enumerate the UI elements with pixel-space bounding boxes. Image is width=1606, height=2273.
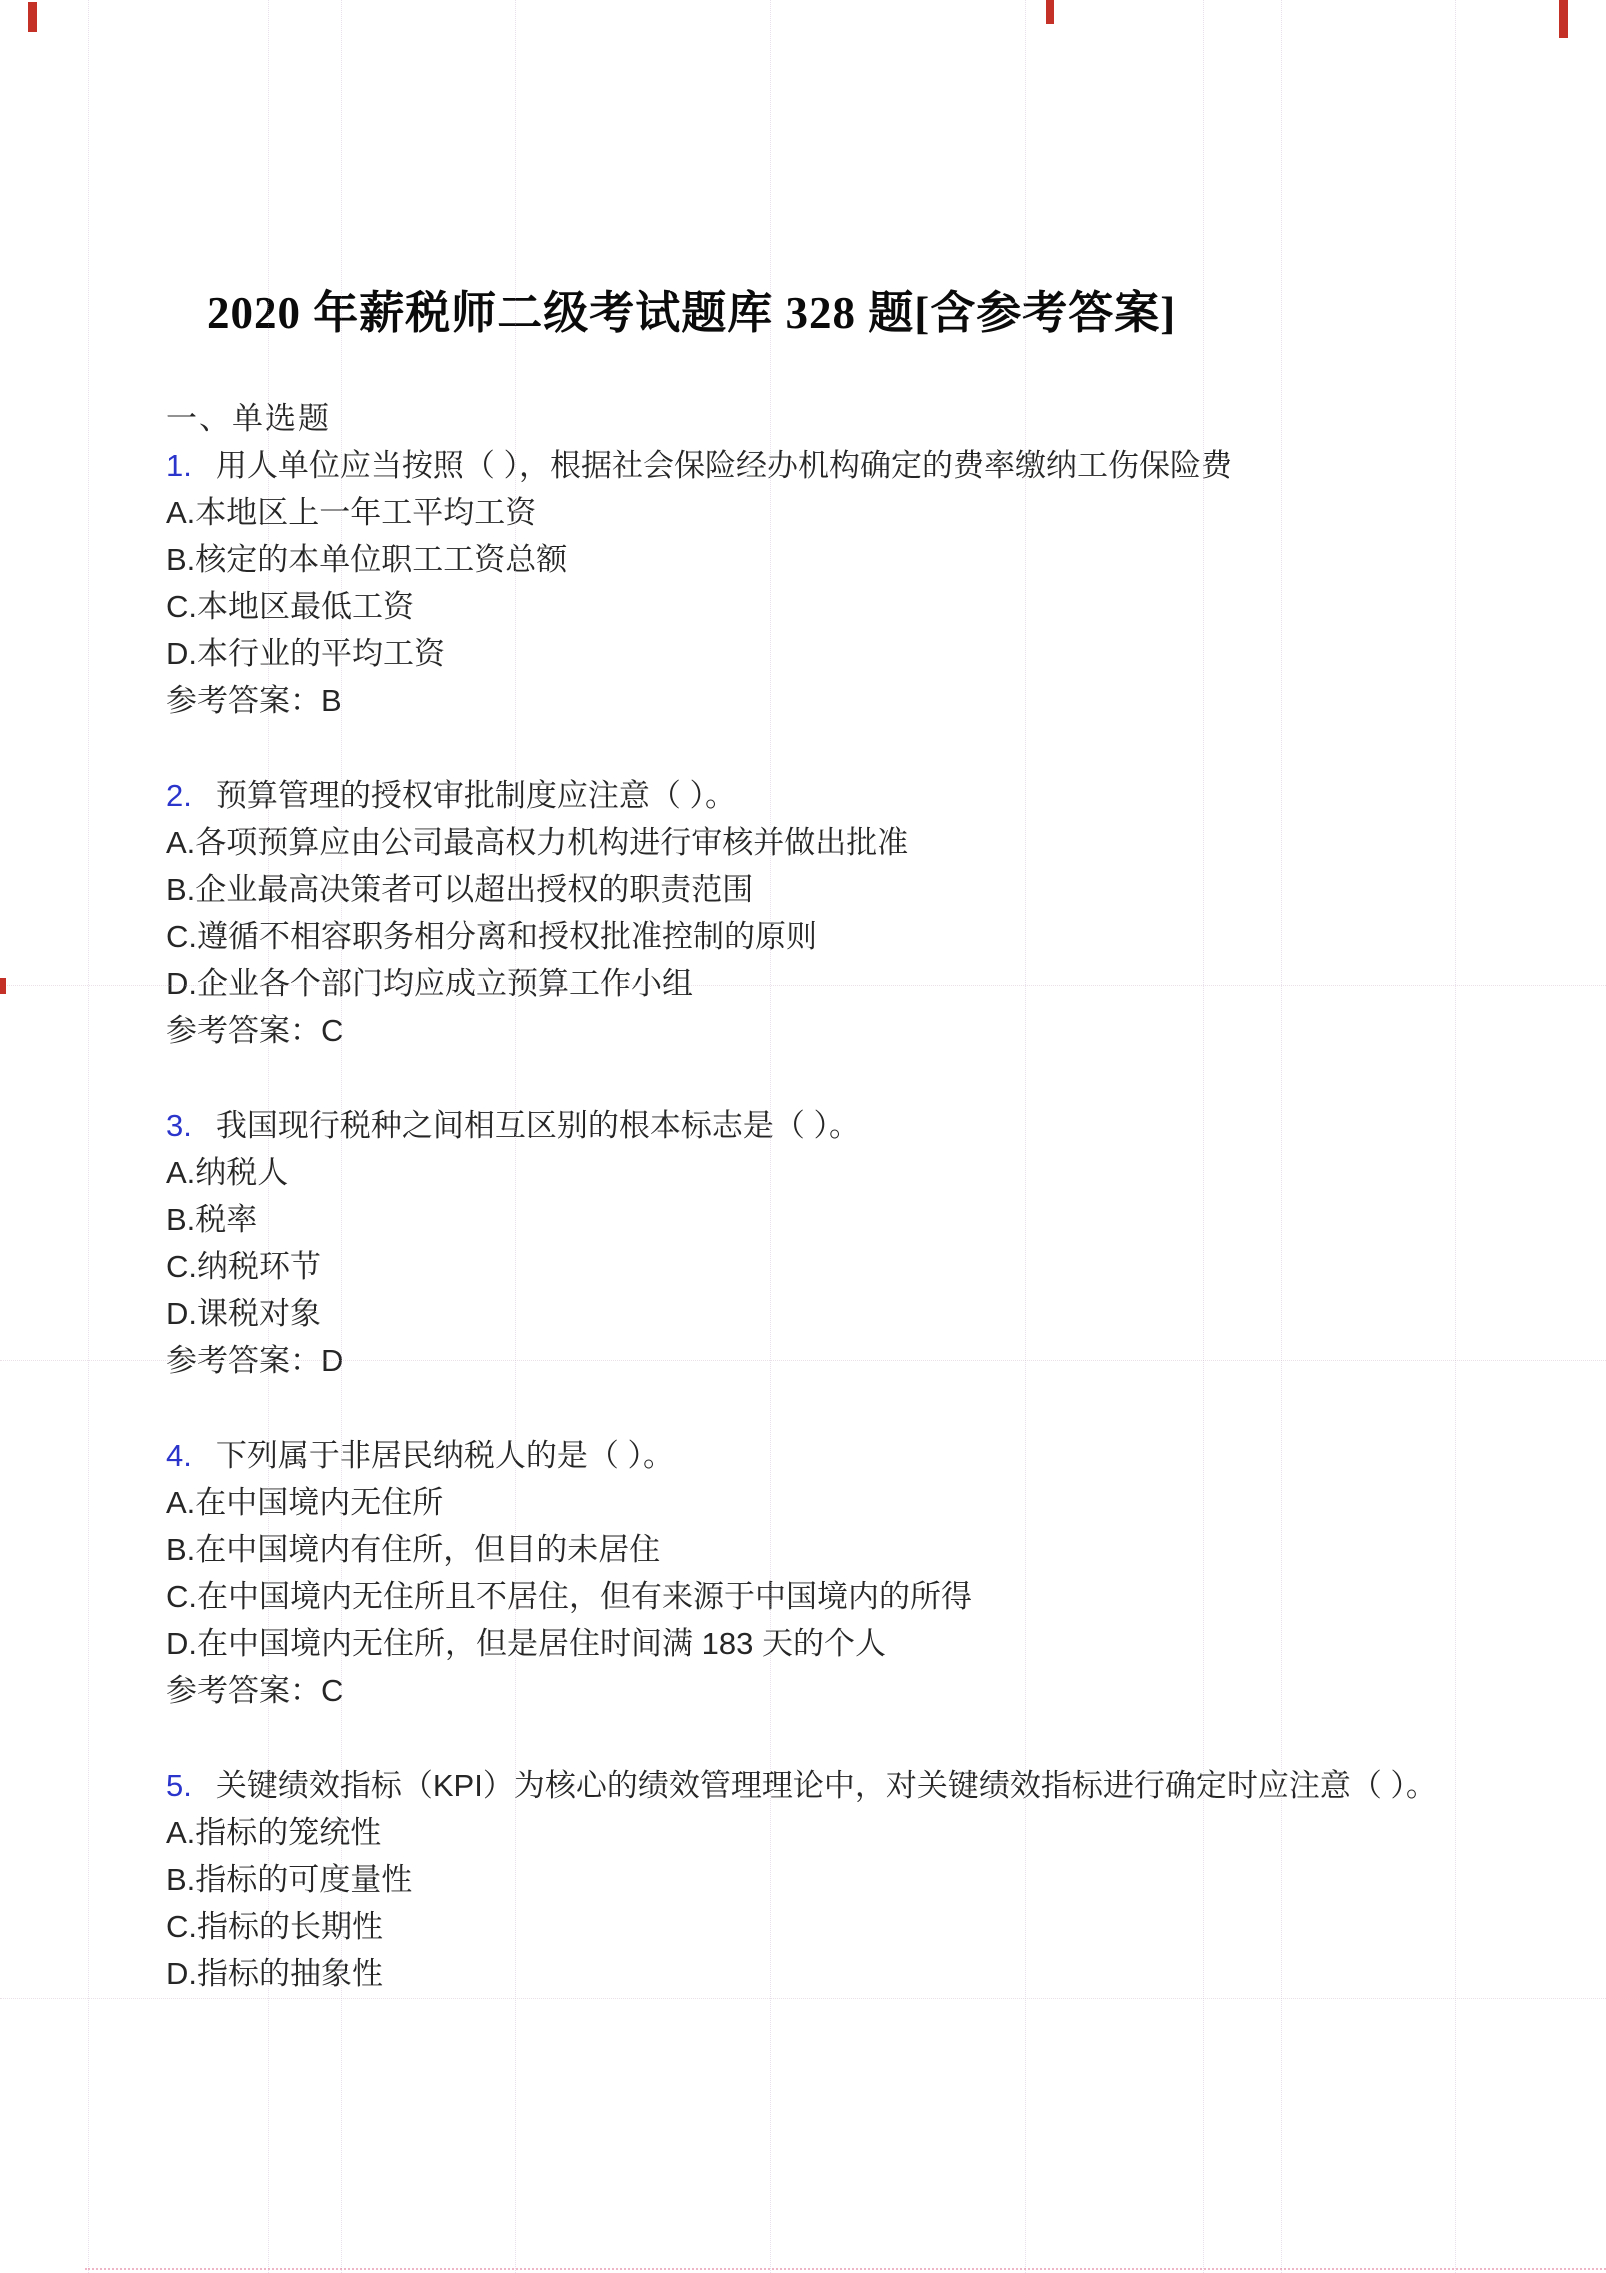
question-text: 下列属于非居民纳税人的是（ ）。 (216, 1438, 674, 1473)
question-number: 2. (166, 778, 192, 813)
answer-label: 参考答案： (166, 1673, 321, 1708)
question-text: 预算管理的授权审批制度应注意（ ）。 (216, 778, 736, 813)
option-line: A.纳税人 (166, 1149, 1458, 1196)
option-line: B.核定的本单位职工工资总额 (166, 536, 1458, 583)
option-line: D.在中国境内无住所，但是居住时间满 183 天的个人 (166, 1620, 1458, 1667)
answer-value: C (321, 1673, 343, 1708)
option-line: A.各项预算应由公司最高权力机构进行审核并做出批准 (166, 819, 1458, 866)
scan-artifact-red-dash (28, 2, 37, 32)
answer-value: D (321, 1343, 343, 1378)
question-block: 5.关键绩效指标（KPI）为核心的绩效管理理论中，对关键绩效指标进行确定时应注意… (166, 1762, 1458, 1997)
option-line: C.本地区最低工资 (166, 583, 1458, 630)
answer-label: 参考答案： (166, 683, 321, 718)
answer-line: 参考答案：C (166, 1667, 1458, 1714)
question-block: 3.我国现行税种之间相互区别的根本标志是（ ）。 A.纳税人B.税率C.纳税环节… (166, 1102, 1458, 1384)
question-text: 我国现行税种之间相互区别的根本标志是（ ）。 (216, 1108, 860, 1143)
scan-artifact-red-dash (0, 978, 6, 994)
answer-label: 参考答案： (166, 1013, 321, 1048)
option-line: A.在中国境内无住所 (166, 1479, 1458, 1526)
scan-artifact-vline (88, 0, 89, 2273)
question-block: 2.预算管理的授权审批制度应注意（ ）。 A.各项预算应由公司最高权力机构进行审… (166, 772, 1458, 1054)
option-line: D.指标的抽象性 (166, 1950, 1458, 1997)
option-line: A.指标的笼统性 (166, 1809, 1458, 1856)
section-heading: 一、单选题 (166, 395, 1458, 442)
option-line: A.本地区上一年工平均工资 (166, 489, 1458, 536)
option-line: B.指标的可度量性 (166, 1856, 1458, 1903)
option-line: B.企业最高决策者可以超出授权的职责范围 (166, 866, 1458, 913)
option-line: C.遵循不相容职务相分离和授权批准控制的原则 (166, 913, 1458, 960)
scan-artifact-bottom-dots (85, 2268, 1606, 2270)
question-list: 1.用人单位应当按照（ ），根据社会保险经办机构确定的费率缴纳工伤保险费 A.本… (166, 442, 1458, 1997)
question-number: 1. (166, 448, 192, 483)
document-page: 2020 年薪税师二级考试题库 328 题[含参考答案] 一、单选题 1.用人单… (0, 0, 1606, 2273)
option-line: C.在中国境内无住所且不居住，但有来源于中国境内的所得 (166, 1573, 1458, 1620)
question-block: 1.用人单位应当按照（ ），根据社会保险经办机构确定的费率缴纳工伤保险费 A.本… (166, 442, 1458, 724)
option-line: D.课税对象 (166, 1290, 1458, 1337)
question-number: 5. (166, 1768, 192, 1803)
question-text: 用人单位应当按照（ ），根据社会保险经办机构确定的费率缴纳工伤保险费 (216, 448, 1232, 483)
option-line: D.企业各个部门均应成立预算工作小组 (166, 960, 1458, 1007)
question-number: 3. (166, 1108, 192, 1143)
answer-line: 参考答案：C (166, 1007, 1458, 1054)
option-line: B.在中国境内有住所，但目的未居住 (166, 1526, 1458, 1573)
content-column: 一、单选题 1.用人单位应当按照（ ），根据社会保险经办机构确定的费率缴纳工伤保… (166, 395, 1458, 1997)
question-line: 5.关键绩效指标（KPI）为核心的绩效管理理论中，对关键绩效指标进行确定时应注意… (166, 1762, 1458, 1809)
answer-line: 参考答案：B (166, 677, 1458, 724)
option-line: C.纳税环节 (166, 1243, 1458, 1290)
answer-line: 参考答案：D (166, 1337, 1458, 1384)
option-line: D.本行业的平均工资 (166, 630, 1458, 677)
page-title: 2020 年薪税师二级考试题库 328 题[含参考答案] (207, 276, 1176, 341)
scan-artifact-red-dash (1046, 0, 1054, 24)
question-line: 1.用人单位应当按照（ ），根据社会保险经办机构确定的费率缴纳工伤保险费 (166, 442, 1458, 489)
question-text: 关键绩效指标（KPI）为核心的绩效管理理论中，对关键绩效指标进行确定时应注意（ … (216, 1768, 1437, 1803)
answer-value: B (321, 683, 342, 718)
scan-artifact-red-dash (1559, 0, 1568, 38)
answer-value: C (321, 1013, 343, 1048)
question-line: 4.下列属于非居民纳税人的是（ ）。 (166, 1432, 1458, 1479)
scan-artifact-hline (0, 1998, 1606, 1999)
option-line: B.税率 (166, 1196, 1458, 1243)
question-line: 3.我国现行税种之间相互区别的根本标志是（ ）。 (166, 1102, 1458, 1149)
question-block: 4.下列属于非居民纳税人的是（ ）。 A.在中国境内无住所B.在中国境内有住所，… (166, 1432, 1458, 1714)
question-number: 4. (166, 1438, 192, 1473)
question-line: 2.预算管理的授权审批制度应注意（ ）。 (166, 772, 1458, 819)
answer-label: 参考答案： (166, 1343, 321, 1378)
option-line: C.指标的长期性 (166, 1903, 1458, 1950)
